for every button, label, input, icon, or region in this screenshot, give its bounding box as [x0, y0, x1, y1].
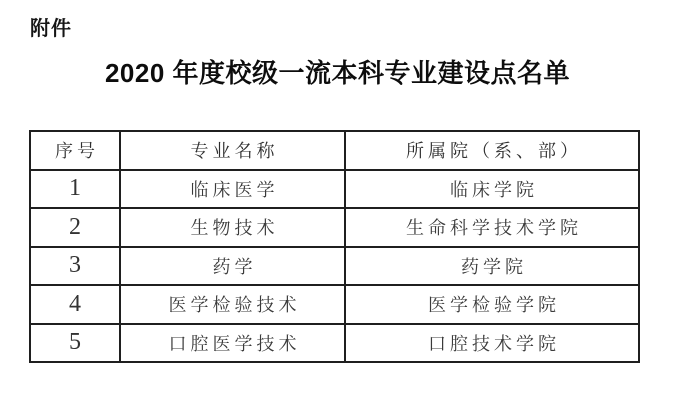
table-row: 5 口腔医学技术 口腔技术学院	[30, 324, 639, 363]
cell-college: 临床学院	[345, 170, 639, 209]
document-page: 附件 2020 年度校级一流本科专业建设点名单 序号 专业名称 所属院（系、部）…	[0, 0, 675, 412]
header-cell-major-name: 专业名称	[120, 131, 345, 170]
cell-college: 医学检验学院	[345, 285, 639, 324]
table-row: 2 生物技术 生命科学技术学院	[30, 208, 639, 247]
table-row: 4 医学检验技术 医学检验学院	[30, 285, 639, 324]
header-cell-college: 所属院（系、部）	[345, 131, 639, 170]
cell-serial-number: 3	[30, 247, 120, 286]
cell-serial-number: 1	[30, 170, 120, 209]
majors-table: 序号 专业名称 所属院（系、部） 1 临床医学 临床学院 2 生物技术 生命科学…	[29, 130, 640, 363]
cell-major-name: 药学	[120, 247, 345, 286]
table-row: 3 药学 药学院	[30, 247, 639, 286]
cell-college: 口腔技术学院	[345, 324, 639, 363]
attachment-label: 附件	[30, 19, 72, 40]
cell-major-name: 医学检验技术	[120, 285, 345, 324]
cell-major-name: 生物技术	[120, 208, 345, 247]
cell-serial-number: 2	[30, 208, 120, 247]
cell-college: 生命科学技术学院	[345, 208, 639, 247]
table-row: 1 临床医学 临床学院	[30, 170, 639, 209]
header-cell-serial-number: 序号	[30, 131, 120, 170]
table-header-row: 序号 专业名称 所属院（系、部）	[30, 131, 639, 170]
cell-serial-number: 4	[30, 285, 120, 324]
cell-major-name: 临床医学	[120, 170, 345, 209]
cell-major-name: 口腔医学技术	[120, 324, 345, 363]
cell-college: 药学院	[345, 247, 639, 286]
document-title: 2020 年度校级一流本科专业建设点名单	[0, 59, 675, 88]
cell-serial-number: 5	[30, 324, 120, 363]
